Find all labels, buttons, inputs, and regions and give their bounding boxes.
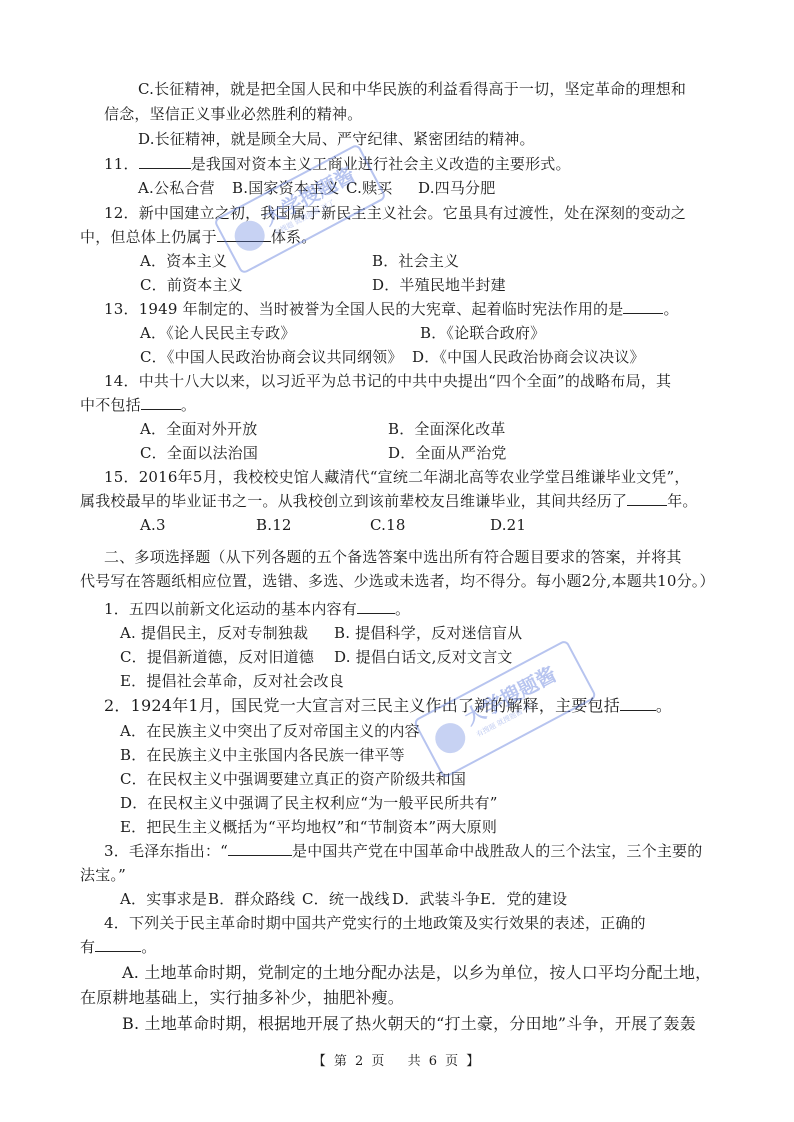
- question-stem: 1949 年制定的、当时被誉为全国人民的大宪章、起着临时宪法作用的是: [139, 300, 624, 318]
- q14-option-d: D．全面从严治党: [388, 443, 507, 463]
- question-number: 3．: [104, 842, 129, 860]
- mq3-option-e: E．党的建设: [480, 889, 567, 909]
- question-stem: 。: [656, 696, 672, 715]
- question-stem: 五四以前新文化运动的基本内容有: [129, 600, 357, 618]
- mq2-option-d: D．在民权主义中强调了民主权利应“为一般平民所共有”: [120, 793, 498, 813]
- answer-blank: [95, 937, 141, 952]
- question-stem: 是我国对资本主义工商业进行社会主义改造的主要形式。: [191, 155, 571, 173]
- question-15-line1: 15．2016年5月，我校校史馆人藏清代“宣统二年湖北高等农业学堂吕维谦毕业文凭…: [104, 467, 690, 487]
- question-number: 12．: [104, 204, 139, 222]
- mascot-face-icon: [229, 215, 270, 256]
- question-number: 4．: [104, 914, 129, 932]
- answer-blank: [141, 395, 181, 410]
- q12-option-c: C．前资本主义: [140, 275, 243, 295]
- question-stem: 属我校最早的毕业证书之一。从我校创立到该前辈校友吕维谦毕业，其间共经历了: [80, 492, 627, 510]
- q10-option-d: D.长征精神，就是顾全大局、严守纪律、紧密团结的精神。: [138, 129, 535, 149]
- mq2-option-b: B．在民族主义中主张国内各民族一律平等: [120, 745, 405, 765]
- q12-option-b: B．社会主义: [372, 251, 459, 271]
- q11-option-d: D.四马分肥: [418, 178, 495, 198]
- mq4-option-a-line2: 在原耕地基础上，实行抽多补少，抽肥补瘦。: [80, 988, 404, 1008]
- q15-option-a: A.3: [140, 515, 166, 535]
- question-stem: 。: [141, 938, 156, 956]
- question-stem: 毛泽东指出：“: [129, 842, 228, 860]
- mq2-option-a: A．在民族主义中突出了反对帝国主义的内容: [120, 721, 420, 741]
- question-number: 2．: [104, 696, 131, 715]
- mascot-face-icon: [430, 718, 471, 759]
- question-number: 15．: [104, 468, 139, 486]
- q14-option-c: C．全面以法治国: [140, 443, 258, 463]
- answer-blank: [228, 841, 292, 856]
- mq1-option-b: B. 提倡科学，反对迷信盲从: [334, 623, 522, 643]
- question-stem: 。: [181, 396, 196, 414]
- q15-option-b: B.12: [256, 515, 292, 535]
- answer-blank: [139, 154, 191, 169]
- question-12-line1: 12．新中国建立之初，我国属于新民主主义社会。它虽具有过渡性，处在深刻的变动之: [104, 203, 686, 223]
- mq2-option-e: E．把民生主义概括为“平均地权”和“节制资本”两大原则: [120, 817, 497, 837]
- question-stem: 中，但总体上仍属于: [80, 228, 217, 246]
- mq1-option-d: D. 提倡白话文,反对文言文: [334, 647, 513, 667]
- q11-option-a: A.公私合营: [138, 178, 215, 198]
- q13-option-b: B．《论联合政府》: [420, 323, 545, 343]
- answer-blank: [357, 599, 395, 614]
- question-14-line2: 中不包括。: [80, 395, 196, 415]
- question-number: 14．: [104, 372, 139, 390]
- q14-option-a: A．全面对外开放: [140, 419, 257, 439]
- question-stem: 年。: [667, 492, 697, 510]
- answer-blank: [620, 696, 656, 711]
- multi-question-4-line1: 4．下列关于民主革命时期中国共产党实行的土地政策及实行效果的表述，正确的: [104, 913, 646, 933]
- answer-blank: [623, 299, 663, 314]
- q12-option-a: A．资本主义: [140, 251, 227, 271]
- mq1-option-e: E．提倡社会革命，反对社会改良: [120, 671, 344, 691]
- question-13: 13．1949 年制定的、当时被誉为全国人民的大宪章、起着临时宪法作用的是。: [104, 299, 679, 319]
- q15-option-d: D.21: [490, 515, 526, 535]
- q14-option-b: B．全面深化改革: [388, 419, 506, 439]
- mq1-option-c: C．提倡新道德，反对旧道德: [120, 647, 314, 667]
- section-2-heading-line2: 代号写在答题纸相应位置，选错、多选、少选或未选者，均不得分。每小题2分,本题共1…: [80, 571, 715, 591]
- q10-option-c-line2: 信念，坚信正义事业必然胜利的精神。: [104, 104, 362, 124]
- mq1-option-a: A. 提倡民主，反对专制独裁: [120, 623, 308, 643]
- question-number: 11．: [104, 155, 139, 173]
- mq4-option-a-line1: A. 土地革命时期，党制定的土地分配办法是，以乡为单位，按人口平均分配土地，: [122, 963, 711, 983]
- multi-question-3-line1: 3．毛泽东指出：“是中国共产党在中国革命中战胜敌人的三个法宝，三个主要的: [104, 841, 702, 861]
- question-stem: 中不包括: [80, 396, 141, 414]
- mq4-option-b-line1: B. 土地革命时期，根据地开展了热火朝天的“打土豪，分田地”斗争，开展了轰轰: [122, 1014, 696, 1034]
- answer-blank: [627, 491, 667, 506]
- question-stem: 有: [80, 938, 95, 956]
- question-stem: 是中国共产党在中国革命中战胜敌人的三个法宝，三个主要的: [292, 842, 702, 860]
- question-stem: 中共十八大以来，以习近平为总书记的中共中央提出“四个全面”的战略布局，其: [139, 372, 672, 390]
- mq3-option-c: C．统一战线: [302, 889, 390, 909]
- question-stem: 下列关于民主革命时期中国共产党实行的土地政策及实行效果的表述，正确的: [129, 914, 646, 932]
- mq3-option-d: D．武装斗争: [392, 889, 480, 909]
- multi-question-1: 1．五四以前新文化运动的基本内容有。: [104, 599, 410, 619]
- question-15-line2: 属我校最早的毕业证书之一。从我校创立到该前辈校友吕维谦毕业，其间共经历了年。: [80, 491, 698, 511]
- exam-page: C.长征精神，就是把全国人民和中华民族的利益看得高于一切，坚定革命的理想和 信念…: [0, 0, 794, 1122]
- page-footer: 【 第 2 页 共 6 页 】: [0, 1050, 794, 1069]
- mq3-option-a: A．实事求是: [120, 889, 207, 909]
- multi-question-4-line2: 有。: [80, 937, 156, 957]
- multi-question-3-line2: 法宝。”: [80, 865, 126, 885]
- question-14-line1: 14．中共十八大以来，以习近平为总书记的中共中央提出“四个全面”的战略布局，其: [104, 371, 671, 391]
- question-number: 1．: [104, 600, 129, 618]
- q15-option-c: C.18: [370, 515, 406, 535]
- q13-option-d: D．《中国人民政治协商会议决议》: [412, 347, 645, 367]
- question-stem: 2016年5月，我校校史馆人藏清代“宣统二年湖北高等农业学堂吕维谦毕业文凭”，: [139, 468, 690, 486]
- question-stem: 。: [395, 600, 410, 618]
- q12-option-d: D．半殖民地半封建: [372, 275, 506, 295]
- q13-option-c: C．《中国人民政治协商会议共同纲领》: [140, 347, 403, 367]
- mq2-option-c: C．在民权主义中强调要建立真正的资产阶级共和国: [120, 769, 466, 789]
- section-2-heading-line1: 二、多项选择题（从下列各题的五个备选答案中选出所有符合题目要求的答案，并将其: [104, 547, 682, 567]
- question-number: 13．: [104, 300, 139, 318]
- question-stem: 。: [663, 300, 678, 318]
- mq3-option-b: B．群众路线: [208, 889, 295, 909]
- q13-option-a: A．《论人民民主专政》: [140, 323, 296, 343]
- q10-option-c-line1: C.长征精神，就是把全国人民和中华民族的利益看得高于一切，坚定革命的理想和: [138, 79, 686, 99]
